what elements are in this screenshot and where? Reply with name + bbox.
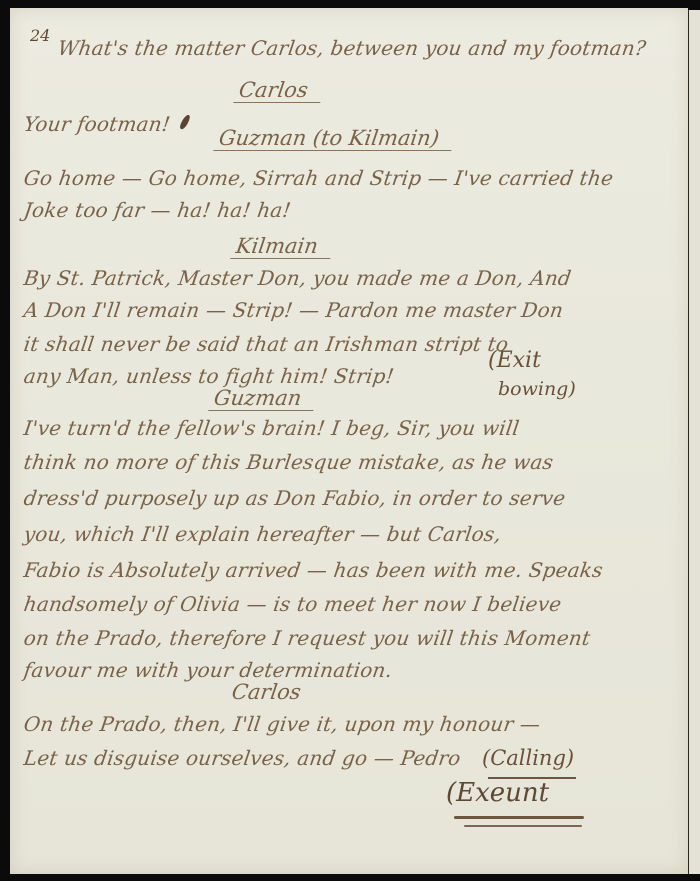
- underline: [464, 825, 582, 827]
- dialogue-line: it shall never be said that an Irishman …: [22, 332, 510, 356]
- dialogue-line: think no more of this Burlesque mistake,…: [22, 450, 555, 474]
- dialogue-line: dress'd purposely up as Don Fabio, in or…: [22, 486, 567, 510]
- dialogue-line: handsomely of Olivia — is to meet her no…: [22, 592, 563, 616]
- dialogue-line: Joke too far — ha! ha! ha!: [22, 198, 292, 222]
- manuscript-page: 24 What's the matter Carlos, between you…: [10, 8, 688, 874]
- ink-blot: [178, 114, 191, 131]
- dialogue-line: you, which I'll explain hereafter — but …: [22, 522, 502, 546]
- dialogue-line: On the Prado, then, I'll give it, upon m…: [22, 712, 542, 736]
- dialogue-line: on the Prado, therefore I request you wi…: [22, 626, 592, 650]
- dialogue-line: any Man, unless to fight him! Strip!: [22, 364, 395, 388]
- dialogue-line: By St. Patrick, Master Don, you made me …: [22, 266, 573, 290]
- exeunt-stage-direction: (Exeunt: [446, 778, 549, 808]
- speaker-name: Kilmain: [230, 234, 333, 259]
- dialogue-line: A Don I'll remain — Strip! — Pardon me m…: [22, 298, 565, 322]
- speaker-name: Carlos: [233, 78, 323, 103]
- adjacent-page-edge: [688, 10, 700, 874]
- underline: [454, 816, 584, 819]
- dialogue-line: Go home — Go home, Sirrah and Strip — I'…: [22, 166, 615, 190]
- dialogue-line: What's the matter Carlos, between you an…: [56, 36, 647, 60]
- speaker-name: Guzman: [208, 386, 317, 411]
- stage-direction: (Exit: [488, 348, 541, 373]
- page-number: 24: [30, 26, 50, 45]
- stage-direction: (Exeunt: [446, 778, 549, 808]
- dialogue-line: Fabio is Absolutely arrived — has been w…: [22, 558, 604, 582]
- dialogue-line: favour me with your determination.: [22, 658, 394, 682]
- speaker-name: Carlos: [226, 680, 316, 704]
- stage-direction: bowing): [498, 378, 576, 400]
- dialogue-line: Let us disguise ourselves, and go — Pedr…: [22, 746, 462, 770]
- speaker-name: Guzman (to Kilmain): [213, 126, 454, 151]
- dialogue-line: I've turn'd the fellow's brain! I beg, S…: [22, 416, 521, 440]
- dialogue-line: Your footman!: [22, 112, 172, 136]
- stage-direction: (Calling): [482, 746, 574, 770]
